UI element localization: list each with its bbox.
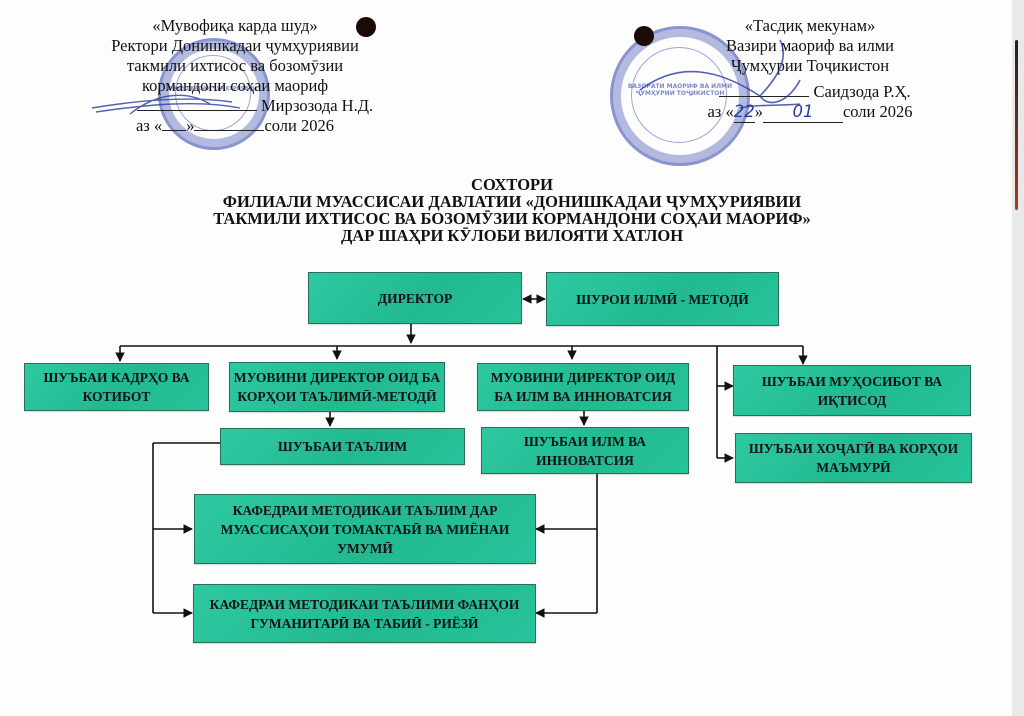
signatory-name: Мирзозода Н.Д.	[261, 96, 373, 115]
title-line: ФИЛИАЛИ МУАССИСАИ ДАВЛАТИИ «ДОНИШКАДАИ Ҷ…	[0, 193, 1024, 210]
title-line: ТАКМИЛИ ИХТИСОС ВА БОЗОМӮЗИИ КОРМАНДОНИ …	[0, 210, 1024, 227]
scan-edge	[1012, 0, 1024, 716]
approval-line: такмили ихтисос ва бозомӯзии	[70, 56, 400, 76]
approval-heading: «Мувофиқа карда шуд»	[70, 16, 400, 36]
signatory-name: Саидзода Р.Ҳ.	[814, 82, 911, 101]
org-node-hr-secretariat[interactable]: ШУЪБАИ КАДРҲО ВА КОТИБОТ	[24, 363, 209, 411]
document-title: СОХТОРИ ФИЛИАЛИ МУАССИСАИ ДАВЛАТИИ «ДОНИ…	[0, 176, 1024, 244]
org-node-director[interactable]: ДИРЕКТОР	[308, 272, 522, 324]
org-node-deputy-science[interactable]: МУОВИНИ ДИРЕКТОР ОИД БА ИЛМ ВА ИННОВАТСИ…	[477, 363, 689, 411]
org-node-accounting-economics[interactable]: ШУЪБАИ МУҲОСИБОТ ВА ИҚТИСОД	[733, 365, 971, 416]
org-node-scientific-council[interactable]: ШУРОИ ИЛМӢ - МЕТОДӢ	[546, 272, 779, 326]
org-node-science-department[interactable]: ШУЪБАИ ИЛМ ВА ИННОВАТСИЯ	[481, 427, 689, 474]
approval-date-year: соли 2026	[264, 116, 334, 135]
approval-block-right: «Тасдиқ мекунам» Вазири маориф ва илми Ҷ…	[690, 16, 930, 123]
org-node-chair-humanities-science[interactable]: КАФЕДРАИ МЕТОДИКАИ ТАЪЛИМИ ФАНҲОИ ГУМАНИ…	[193, 584, 536, 643]
approval-heading: «Тасдиқ мекунам»	[690, 16, 930, 36]
title-line: СОХТОРИ	[0, 176, 1024, 193]
org-node-administration[interactable]: ШУЪБАИ ХОҶАГӢ ВА КОРҲОИ МАЪМУРӢ	[735, 433, 972, 483]
approval-line: кормандони соҳаи маориф	[70, 76, 400, 96]
punch-hole-dot	[634, 26, 654, 46]
approval-line: Ҷумҳурии Тоҷикистон	[690, 56, 930, 76]
org-node-chair-preschool-secondary[interactable]: КАФЕДРАИ МЕТОДИКАИ ТАЪЛИМ ДАР МУАССИСАҲО…	[194, 494, 536, 564]
approval-block-left: «Мувофиқа карда шуд» Ректори Донишкадаи …	[70, 16, 400, 136]
approval-date-year: соли 2026	[843, 102, 913, 121]
approval-line: Вазири маориф ва илми	[690, 36, 930, 56]
title-line: ДАР ШАҲРИ КӮЛОБИ ВИЛОЯТИ ХАТЛОН	[0, 227, 1024, 244]
org-node-education-department[interactable]: ШУЪБАИ ТАЪЛИМ	[220, 428, 465, 465]
org-node-deputy-education[interactable]: МУОВИНИ ДИРЕКТОР ОИД БА КОРҲОИ ТАЪЛИМӢ-М…	[229, 362, 445, 412]
approval-line: Ректори Донишкадаи ҷумҳуриявии	[70, 36, 400, 56]
